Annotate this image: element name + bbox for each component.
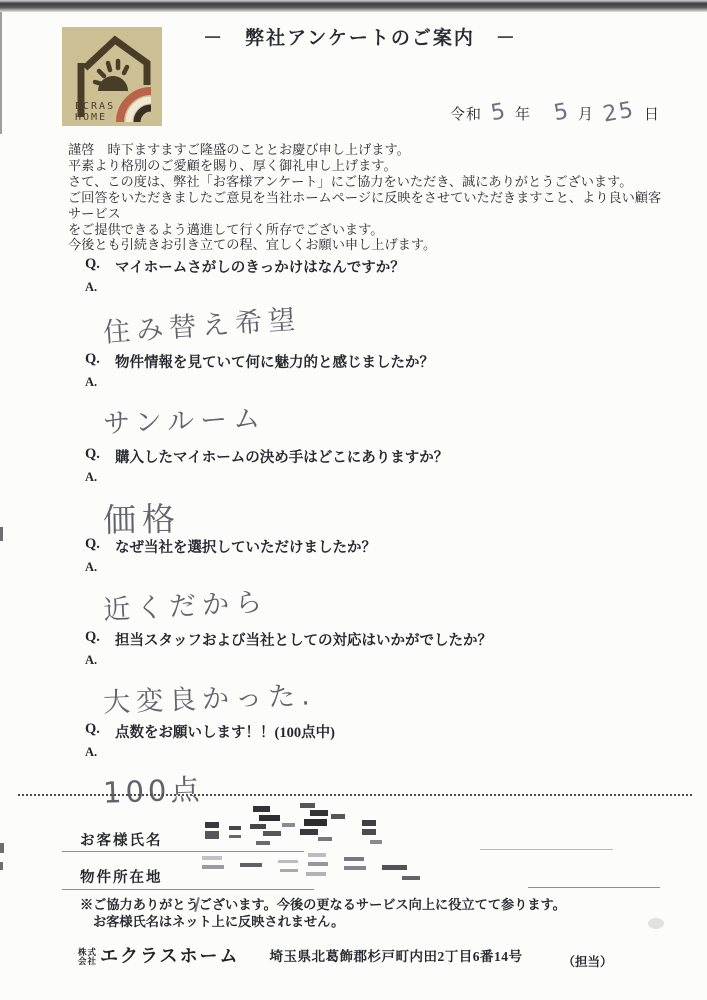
staff-label: （担当） <box>562 952 612 970</box>
question-text: 担当スタッフおよび当社としての対応はいかがでしたか？ <box>115 629 492 650</box>
note-line-1: ※ご協力ありがとうございます。今後の更なるサービス向上に役立てて参ります。 <box>80 897 566 914</box>
redaction-block <box>205 822 219 828</box>
scan-artifact-mark <box>0 527 3 541</box>
question-text: 物件情報を見ていて何に魅力的と感じましたか？ <box>115 351 434 372</box>
a-label: A. <box>85 375 655 390</box>
redaction-block <box>308 853 326 857</box>
redaction-block <box>282 823 295 827</box>
scan-artifact-mark <box>0 843 4 853</box>
handwritten-answer: 住み替え希望 <box>102 297 302 350</box>
greeting-line: ご回答をいただきましたご意見を当社ホームページに反映をさせていただきますこと、よ… <box>68 190 668 222</box>
redaction-block <box>310 810 328 816</box>
redaction-block <box>306 872 326 876</box>
property-location-label: 物件所在地 <box>80 866 163 887</box>
handwritten-answer: 価格 <box>103 493 182 541</box>
a-label: A. <box>85 745 655 760</box>
q-label: Q. <box>85 351 115 372</box>
qa-block-4: Q.なぜ当社を選択していただけましたか？ A. 近くだから <box>85 536 655 623</box>
greeting-line: 今後とも引続きお引き立ての程、宜しくお願い申し上げます。 <box>68 237 668 253</box>
customer-name-label: お客様氏名 <box>80 829 163 850</box>
dotted-separator <box>18 794 692 796</box>
redaction-block <box>240 863 262 867</box>
a-label: A. <box>85 560 655 575</box>
handwritten-answer: 近くだから <box>102 580 269 628</box>
redaction-block <box>259 815 280 821</box>
qa-block-3: Q.購入したマイホームの決め手はどこにありますか？ A. 価格 <box>85 446 655 541</box>
handwritten-answer: 大変良かった. <box>102 673 316 719</box>
scan-artifact-top <box>0 0 707 12</box>
qa-block-1: Q.マイホームさがしのきっかけはなんですか？ A. 住み替え希望 <box>85 256 655 343</box>
greeting-paragraph: 謹啓 時下ますますご隆盛のこととお慶び申し上げます。 平素より格別のご愛顧を賜り… <box>68 142 668 253</box>
question-text: 点数をお願いします！！(100点中) <box>115 721 335 742</box>
a-label: A. <box>85 653 655 668</box>
redaction-block <box>318 837 332 841</box>
redaction-block <box>202 856 222 860</box>
company-prefix-bottom: 会社 <box>78 957 97 966</box>
scan-artifact-mark <box>0 862 3 870</box>
footer: 株式 会社 エクラスホーム 埼玉県北葛飾郡杉戸町内田2丁目6番14号 （担当） <box>78 940 613 970</box>
date-month-label: 月 <box>578 103 594 124</box>
date-year-label: 年 <box>515 103 531 124</box>
redaction-block <box>300 803 315 808</box>
logo-text-bottom: HOME <box>75 112 107 123</box>
q-label: Q. <box>85 629 115 650</box>
q-label: Q. <box>85 256 115 277</box>
greeting-line: をご提供できるよう邁進して行く所存でございます。 <box>68 222 668 238</box>
page-title: － 弊社アンケートのご案内 － <box>130 23 590 50</box>
redaction-block <box>344 866 366 870</box>
redaction-block <box>362 829 376 835</box>
question-text: なぜ当社を選択していただけましたか？ <box>115 536 376 557</box>
handwritten-answer: 100点 <box>102 767 204 811</box>
redaction-block <box>263 831 281 836</box>
redaction-block <box>344 857 364 861</box>
qa-block-5: Q.担当スタッフおよび当社としての対応はいかがでしたか？ A. 大変良かった. <box>85 629 655 716</box>
redaction-block <box>382 865 407 870</box>
customer-name-underline <box>62 851 304 852</box>
redaction-block <box>402 876 420 880</box>
greeting-line: さて、この度は、弊社「お客様アンケート」にご協力をいただき、誠にありがとうござい… <box>68 174 668 190</box>
logo-text-top: ECRAS <box>75 101 115 112</box>
redaction-block <box>229 826 241 830</box>
redaction-block <box>300 829 318 835</box>
scan-artifact-left <box>0 12 2 134</box>
redaction-block <box>370 840 382 844</box>
survey-page: ECRAS HOME － 弊社アンケートのご案内 － 令和 5 年 5 月 25… <box>0 0 707 1000</box>
q-label: Q. <box>85 721 115 742</box>
date-line: 令和 5 年 5 月 25 日 <box>450 100 660 125</box>
redaction-block <box>304 819 327 826</box>
property-location-underline-right <box>528 887 660 888</box>
redaction-block <box>308 862 328 866</box>
redaction-block <box>280 869 298 872</box>
note-line-2: お客様氏名はネット上に反映されません。 <box>93 914 566 931</box>
question-text: マイホームさがしのきっかけはなんですか？ <box>115 256 405 277</box>
redaction-block <box>278 860 298 863</box>
redaction-block <box>202 865 224 869</box>
question-text: 購入したマイホームの決め手はどこにありますか？ <box>115 446 448 467</box>
redaction-block <box>229 835 241 838</box>
date-year-value: 5 <box>489 99 508 126</box>
a-label: A. <box>85 280 655 295</box>
company-address: 埼玉県北葛飾郡杉戸町内田2丁目6番14号 <box>269 945 522 965</box>
redaction-block <box>256 841 270 845</box>
handwritten-answer: サンルーム <box>102 396 266 441</box>
notes: ※ご協力ありがとうございます。今後の更なるサービス向上に役立てて参ります。 お客… <box>80 897 566 930</box>
redaction-block <box>205 831 219 839</box>
date-day-value: 25 <box>601 97 637 127</box>
a-label: A. <box>85 470 655 485</box>
customer-name-underline-right <box>480 849 613 850</box>
redaction-block <box>331 814 345 819</box>
date-era: 令和 <box>450 103 482 124</box>
redaction-block <box>253 806 270 812</box>
redaction-block <box>362 820 376 826</box>
date-day-label: 日 <box>644 103 660 124</box>
company-prefix: 株式 会社 <box>78 948 97 966</box>
date-month-value: 5 <box>552 99 571 126</box>
redaction-block <box>250 824 266 829</box>
property-location-underline <box>62 889 314 890</box>
company-name: エクラスホーム <box>100 942 239 968</box>
scan-artifact-smudge <box>648 918 664 929</box>
qa-block-2: Q.物件情報を見ていて何に魅力的と感じましたか？ A. サンルーム <box>85 351 655 438</box>
greeting-line: 謹啓 時下ますますご隆盛のこととお慶び申し上げます。 <box>68 142 668 158</box>
q-label: Q. <box>85 536 115 557</box>
greeting-line: 平素より格別のご愛顧を賜り、厚く御礼申し上げます。 <box>68 158 668 174</box>
qa-block-6: Q.点数をお願いします！！(100点中) A. 100点 <box>85 721 655 810</box>
q-label: Q. <box>85 446 115 467</box>
